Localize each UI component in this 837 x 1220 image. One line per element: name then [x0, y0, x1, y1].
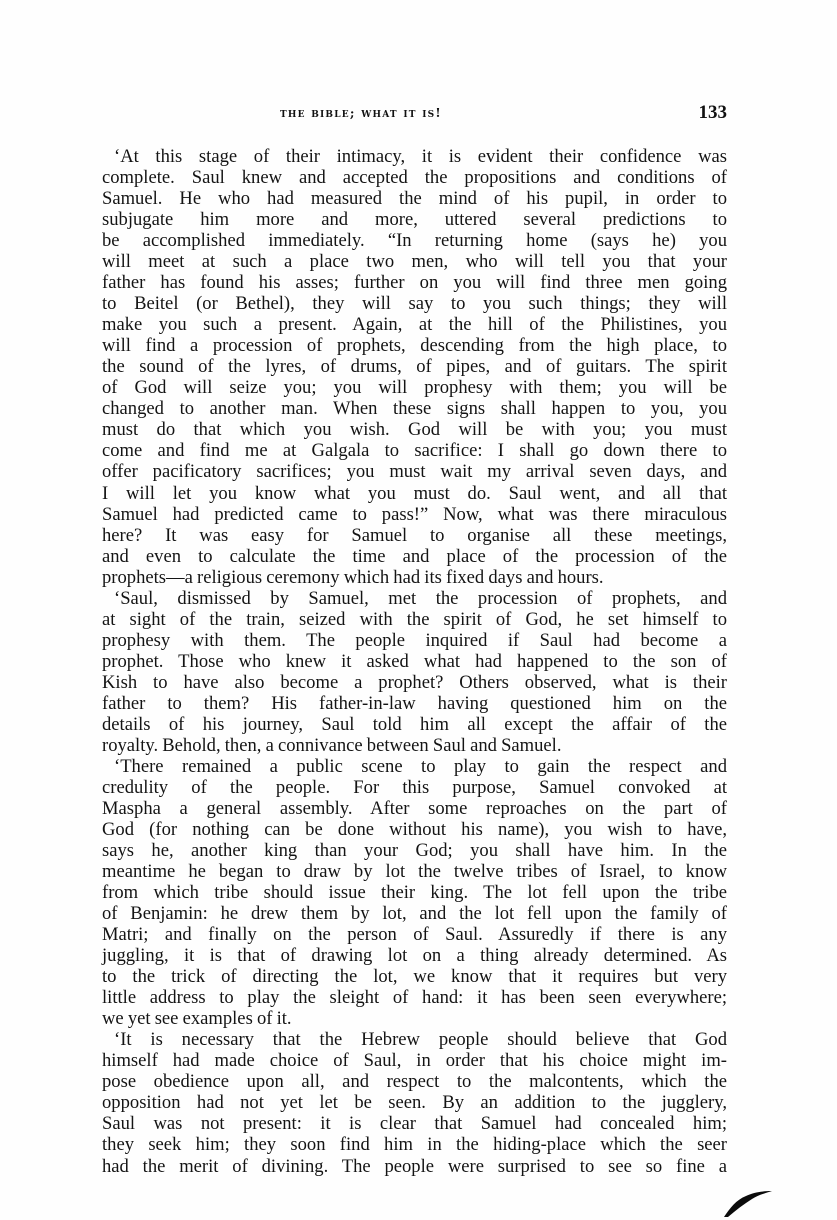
text-line: to the trick of directing the lot, we kn…	[102, 966, 727, 987]
text-line: from which tribe should issue their king…	[102, 882, 727, 903]
text-line: meantime he began to draw by lot the twe…	[102, 861, 727, 882]
text-line: Saul was not present: it is clear that S…	[102, 1113, 727, 1134]
text-line: make you such a present. Again, at the h…	[102, 314, 727, 335]
text-line: prophesy with them. The people inquired …	[102, 630, 727, 651]
text-line: father has found his asses; further on y…	[102, 272, 727, 293]
text-line: Kish to have also become a prophet? Othe…	[102, 672, 727, 693]
text-line: to Beitel (or Bethel), they will say to …	[102, 293, 727, 314]
text-line: God (for nothing can be done without his…	[102, 819, 727, 840]
text-line: offer pacificatory sacrifices; you must …	[102, 461, 727, 482]
text-line: opposition had not yet let be seen. By a…	[102, 1092, 727, 1113]
text-line: ‘There remained a public scene to play t…	[102, 756, 727, 777]
text-line: juggling, it is that of drawing lot on a…	[102, 945, 727, 966]
text-line: Matri; and finally on the person of Saul…	[102, 924, 727, 945]
text-line: himself had made choice of Saul, in orde…	[102, 1050, 727, 1071]
book-page: THE BIBLE; WHAT IT IS! 133 ‘At this stag…	[0, 0, 837, 1220]
text-line: complete. Saul knew and accepted the pro…	[102, 167, 727, 188]
ink-mark-icon	[722, 1188, 774, 1218]
text-line: will meet at such a place two men, who w…	[102, 251, 727, 272]
page-number: 133	[699, 101, 728, 125]
text-line: ‘At this stage of their intimacy, it is …	[102, 146, 727, 167]
running-header: THE BIBLE; WHAT IT IS! 133	[102, 101, 727, 125]
text-line: ‘Saul, dismissed by Samuel, met the proc…	[102, 588, 727, 609]
text-line: of Benjamin: he drew them by lot, and th…	[102, 903, 727, 924]
text-line: I will let you know what you must do. Sa…	[102, 483, 727, 504]
text-line: and even to calculate the time and place…	[102, 546, 727, 567]
text-line: prophets—a religious ceremony which had …	[102, 567, 727, 588]
text-line: Samuel had predicted came to pass!” Now,…	[102, 504, 727, 525]
text-line: at sight of the train, seized with the s…	[102, 609, 727, 630]
text-line: we yet see examples of it.	[102, 1008, 727, 1029]
text-line: little address to play the sleight of ha…	[102, 987, 727, 1008]
text-line: must do that which you wish. God will be…	[102, 419, 727, 440]
text-line: royalty. Behold, then, a connivance betw…	[102, 735, 727, 756]
text-line: father to them? His father-in-law having…	[102, 693, 727, 714]
text-line: ‘It is necessary that the Hebrew people …	[102, 1029, 727, 1050]
text-line: come and find me at Galgala to sacrifice…	[102, 440, 727, 461]
text-line: Samuel. He who had measured the mind of …	[102, 188, 727, 209]
text-line: will find a procession of prophets, desc…	[102, 335, 727, 356]
text-line: details of his journey, Saul told him al…	[102, 714, 727, 735]
text-line: changed to another man. When these signs…	[102, 398, 727, 419]
text-line: credulity of the people. For this purpos…	[102, 777, 727, 798]
body-text: ‘At this stage of their intimacy, it is …	[102, 146, 727, 1177]
text-line: the sound of the lyres, of drums, of pip…	[102, 356, 727, 377]
text-line: of God will seize you; you will prophesy…	[102, 377, 727, 398]
text-line: subjugate him more and more, uttered sev…	[102, 209, 727, 230]
text-line: Maspha a general assembly. After some re…	[102, 798, 727, 819]
text-line: pose obedience upon all, and respect to …	[102, 1071, 727, 1092]
text-line: they seek him; they soon find him in the…	[102, 1134, 727, 1155]
text-line: prophet. Those who knew it asked what ha…	[102, 651, 727, 672]
text-line: had the merit of divining. The people we…	[102, 1156, 727, 1177]
text-line: be accomplished immediately. “In returni…	[102, 230, 727, 251]
running-title: THE BIBLE; WHAT IT IS!	[280, 101, 442, 125]
text-line: here? It was easy for Samuel to organise…	[102, 525, 727, 546]
text-line: says he, another king than your God; you…	[102, 840, 727, 861]
